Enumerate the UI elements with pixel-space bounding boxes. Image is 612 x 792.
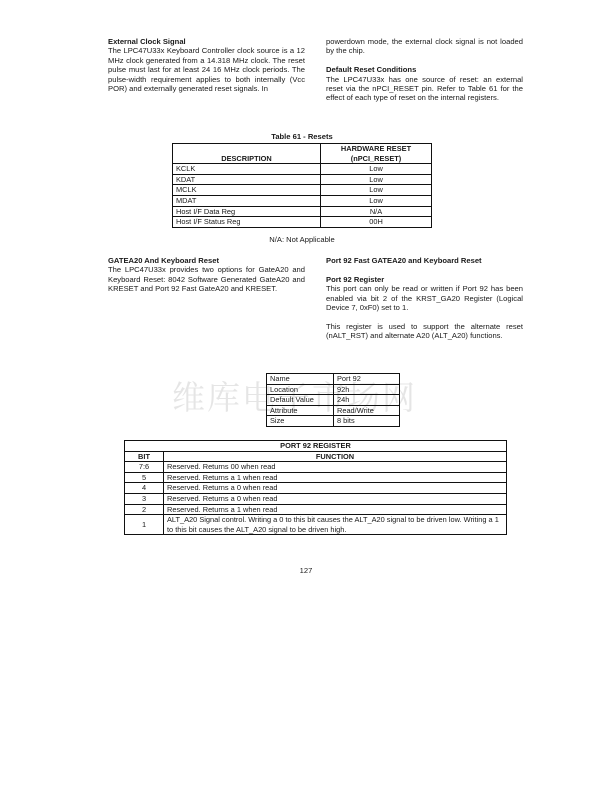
- table-cell: Reserved. Returns a 1 when read: [164, 472, 507, 483]
- paragraph-external-clock: The LPC47U33x Keyboard Controller clock …: [108, 46, 305, 93]
- register-table-row: 4Reserved. Returns a 0 when read: [125, 483, 507, 494]
- resets-table-row: Host I/F Status Reg00H: [173, 217, 432, 228]
- left-column: External Clock Signal The LPC47U33x Keyb…: [108, 37, 305, 93]
- port-info-row: AttributeRead/Write: [267, 405, 400, 416]
- table-cell: Name: [267, 374, 334, 385]
- table-cell: Reserved. Returns a 0 when read: [164, 493, 507, 504]
- paragraph-default-reset: The LPC47U33x has one source of reset: a…: [326, 75, 523, 103]
- column-header-bit: BIT: [125, 451, 164, 462]
- heading-default-reset-conditions: Default Reset Conditions: [326, 65, 523, 74]
- table-cell: ALT_A20 Signal control. Writing a 0 to t…: [164, 515, 507, 535]
- heading-port92-fast-gatea20: Port 92 Fast GATEA20 and Keyboard Reset: [326, 256, 523, 265]
- column-header-npci-reset: (nPCI_RESET): [321, 154, 432, 164]
- table-cell: 92h: [334, 384, 400, 395]
- table-cell: 00H: [321, 217, 432, 228]
- table-cell: KCLK: [173, 164, 321, 175]
- resets-table-row: KDATLow: [173, 174, 432, 185]
- column-header-hardware-reset: HARDWARE RESET: [321, 144, 432, 154]
- resets-table-note: N/A: Not Applicable: [172, 235, 432, 244]
- table-cell: 3: [125, 493, 164, 504]
- right-column-top: powerdown mode, the external clock signa…: [326, 37, 523, 103]
- table-cell: N/A: [321, 206, 432, 217]
- port92-register-table: PORT 92 REGISTER BIT FUNCTION 7:6Reserve…: [124, 440, 507, 535]
- table-cell: Attribute: [267, 405, 334, 416]
- table-cell: 1: [125, 515, 164, 535]
- resets-table-row: KCLKLow: [173, 164, 432, 175]
- register-table-row: 1ALT_A20 Signal control. Writing a 0 to …: [125, 515, 507, 535]
- resets-table-row: MCLKLow: [173, 185, 432, 196]
- table-cell: Size: [267, 416, 334, 427]
- table-cell: MDAT: [173, 195, 321, 206]
- register-table-row: 2Reserved. Returns a 1 when read: [125, 504, 507, 515]
- resets-table-row: Host I/F Data RegN/A: [173, 206, 432, 217]
- heading-port92-register: Port 92 Register: [326, 275, 523, 284]
- table-cell: KDAT: [173, 174, 321, 185]
- table-cell: Low: [321, 185, 432, 196]
- heading-external-clock-signal: External Clock Signal: [108, 37, 305, 46]
- paragraph-port92-purpose: This register is used to support the alt…: [326, 322, 523, 341]
- port92-info-table: NamePort 92Location92hDefault Value24hAt…: [266, 373, 400, 427]
- table-cell: Low: [321, 195, 432, 206]
- right-column-port92: Port 92 Fast GATEA20 and Keyboard Reset …: [326, 256, 523, 341]
- column-header-function: FUNCTION: [164, 451, 507, 462]
- register-table-row: 3Reserved. Returns a 0 when read: [125, 493, 507, 504]
- resets-table-row: MDATLow: [173, 195, 432, 206]
- port-info-row: Size8 bits: [267, 416, 400, 427]
- table-cell: Host I/F Data Reg: [173, 206, 321, 217]
- register-table-row: 5Reserved. Returns a 1 when read: [125, 472, 507, 483]
- port-info-row: Location92h: [267, 384, 400, 395]
- table-cell: 7:6: [125, 462, 164, 473]
- table-cell: Read/Write: [334, 405, 400, 416]
- table-cell: Location: [267, 384, 334, 395]
- table-cell: Low: [321, 174, 432, 185]
- table-cell: 8 bits: [334, 416, 400, 427]
- paragraph-gatea20: The LPC47U33x provides two options for G…: [108, 265, 305, 293]
- table-cell: MCLK: [173, 185, 321, 196]
- heading-gatea20-keyboard-reset: GATEA20 And Keyboard Reset: [108, 256, 305, 265]
- paragraph-powerdown: powerdown mode, the external clock signa…: [326, 37, 523, 56]
- port-info-row: NamePort 92: [267, 374, 400, 385]
- table-cell: 5: [125, 472, 164, 483]
- table-cell: 2: [125, 504, 164, 515]
- resets-table-caption: Table 61 - Resets: [172, 132, 432, 141]
- table-cell: Reserved. Returns a 0 when read: [164, 483, 507, 494]
- port-info-row: Default Value24h: [267, 395, 400, 406]
- table-cell: 24h: [334, 395, 400, 406]
- table-cell: Reserved. Returns 00 when read: [164, 462, 507, 473]
- register-table-title: PORT 92 REGISTER: [125, 441, 507, 452]
- paragraph-port92-enable: This port can only be read or written if…: [326, 284, 523, 312]
- table-cell: Host I/F Status Reg: [173, 217, 321, 228]
- resets-table: DESCRIPTION HARDWARE RESET (nPCI_RESET) …: [172, 143, 432, 228]
- register-table-row: 7:6Reserved. Returns 00 when read: [125, 462, 507, 473]
- page-number: 127: [0, 566, 612, 575]
- column-header-description: DESCRIPTION: [173, 144, 321, 164]
- table-cell: Default Value: [267, 395, 334, 406]
- table-cell: Low: [321, 164, 432, 175]
- table-cell: Reserved. Returns a 1 when read: [164, 504, 507, 515]
- table-cell: 4: [125, 483, 164, 494]
- table-cell: Port 92: [334, 374, 400, 385]
- left-column-gatea20: GATEA20 And Keyboard Reset The LPC47U33x…: [108, 256, 305, 294]
